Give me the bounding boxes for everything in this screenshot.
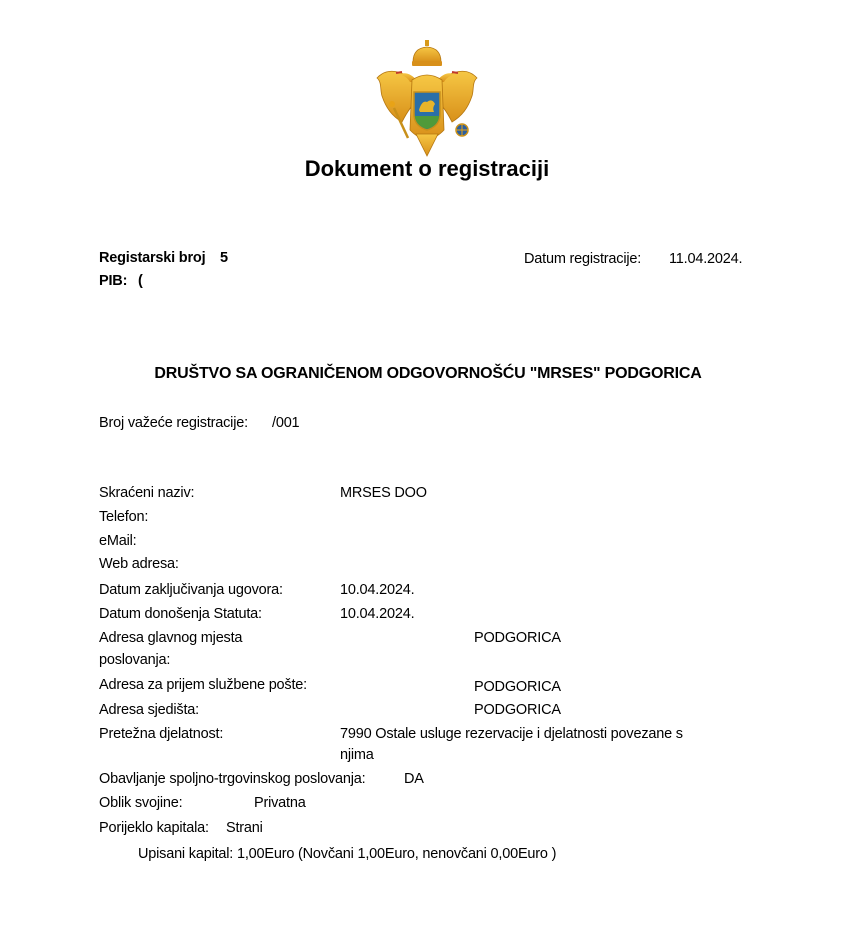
field-value-short-name: MRSES DOO: [340, 485, 427, 501]
registration-number-label: Registarski broj: [99, 250, 205, 266]
valid-registration-label: Broj važeće registracije:: [99, 415, 248, 431]
pib-label: PIB:: [99, 273, 127, 289]
field-value-main-activity: 7990 Ostale usluge rezervacije i djelatn…: [340, 726, 683, 742]
ownership-label: Oblik svojine:: [99, 795, 182, 811]
foreign-trade-label: Obavljanje spoljno-trgovinskog poslovanj…: [99, 771, 365, 787]
field-label-phone: Telefon:: [99, 509, 148, 525]
field-value-seat-address: PODGORICA: [474, 702, 561, 718]
field-label-web: Web adresa:: [99, 556, 179, 572]
valid-registration-value: /001: [272, 415, 299, 431]
foreign-trade-value: DA: [404, 771, 424, 787]
field-label-contract-date: Datum zaključivanja ugovora:: [99, 582, 283, 598]
field-value-main-address: PODGORICA: [474, 630, 561, 646]
registration-date-value: 11.04.2024.: [669, 251, 742, 267]
field-value-contract-date: 10.04.2024.: [340, 582, 414, 598]
registration-date-label: Datum registracije:: [524, 251, 641, 267]
registration-number-value: 5: [220, 250, 228, 266]
field-label-short-name: Skraćeni naziv:: [99, 485, 194, 501]
field-value-mail-address: PODGORICA: [474, 679, 561, 695]
subscribed-capital: Upisani kapital: 1,00Euro (Novčani 1,00E…: [138, 846, 556, 862]
field-value-statute-date: 10.04.2024.: [340, 606, 414, 622]
document-title: Dokument o registraciji: [0, 156, 854, 182]
company-full-name: DRUŠTVO SA OGRANIČENOM ODGOVORNOŠĆU "MRS…: [0, 365, 856, 383]
field-label-main-address-line2: poslovanja:: [99, 652, 170, 668]
field-value-main-activity-line2: njima: [340, 747, 374, 763]
ownership-value: Privatna: [254, 795, 306, 811]
capital-origin-label: Porijeklo kapitala:: [99, 820, 209, 836]
field-label-main-activity: Pretežna djelatnost:: [99, 726, 223, 742]
capital-origin-value: Strani: [226, 820, 263, 836]
field-label-mail-address: Adresa za prijem službene pošte:: [99, 677, 307, 693]
field-label-seat-address: Adresa sjedišta:: [99, 702, 199, 718]
field-label-email: eMail:: [99, 533, 136, 549]
field-label-statute-date: Datum donošenja Statuta:: [99, 606, 262, 622]
coat-of-arms-icon: [372, 38, 482, 160]
pib-value: (: [138, 273, 143, 289]
field-label-main-address: Adresa glavnog mjesta: [99, 630, 242, 646]
